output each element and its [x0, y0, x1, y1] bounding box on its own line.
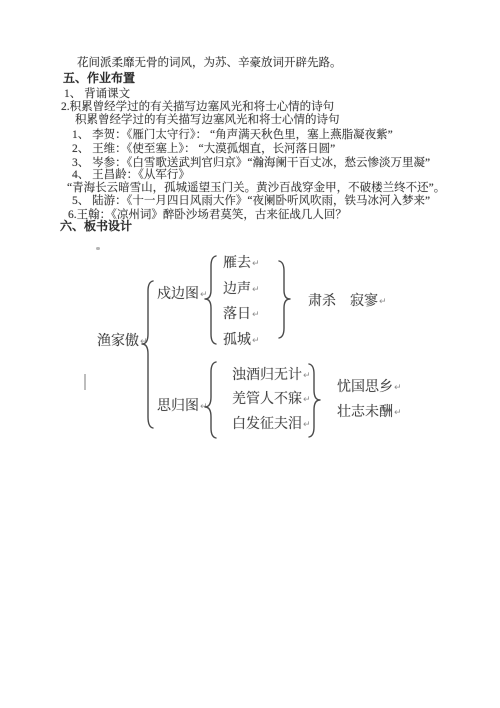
branch1-item-text: 边声 [223, 282, 251, 297]
poem-line: 2、 王维：《使至塞上》： “大漠孤烟直，长河落日圆” [72, 143, 335, 156]
section-heading-board-design: 六、板书设计 [60, 220, 132, 233]
branch1-item: 孤城↵ [223, 333, 260, 349]
intro-sentence: 花间派柔靡无骨的词风，为苏、辛豪放词开辟先路。 [77, 57, 342, 70]
section-heading-homework: 五、作业布置 [63, 72, 135, 85]
scan-artifact-mark [84, 374, 86, 390]
branch1-label-text: 戍边图 [157, 287, 199, 302]
return-mark-icon: ↵ [394, 408, 402, 418]
branch1-label: 戍边图↵ [157, 287, 208, 303]
return-mark-icon: ↵ [252, 336, 260, 346]
main-left-brace-icon [140, 280, 156, 430]
branch2-item-text: 浊酒归无计 [232, 368, 302, 383]
branch2-item: 羌管人不寐↵ [232, 392, 311, 408]
scan-artifact-dot [96, 247, 100, 250]
return-mark-icon: ↵ [252, 285, 260, 295]
diagram-title-text: 渔家傲 [97, 334, 139, 349]
branch1-item: 雁去↵ [223, 256, 260, 272]
poem-line: “青海长云暗雪山，孤城遥望玉门关。黄沙百战穿金甲，不破楼兰终不还”。 [67, 182, 445, 195]
return-mark-icon: ↵ [252, 310, 260, 320]
poem-line: 1、 李贺：《雁门太守行》： “角声满天秋色里，塞上燕脂凝夜紫” [72, 129, 393, 142]
branch1-close-brace-icon [276, 260, 292, 339]
homework-item-recite: 1、 背诵课文 [64, 88, 130, 101]
branch2-summary-line: 壮志未酬↵ [337, 405, 402, 421]
branch2-summary-text: 壮志未酬 [337, 405, 393, 420]
branch2-label-text: 思归图 [157, 399, 199, 414]
scanned-document-page: 花间派柔靡无骨的词风，为苏、辛豪放词开辟先路。 五、作业布置 1、 背诵课文 2… [0, 0, 500, 708]
branch1-summary-text: 肃杀 寂寥 [308, 294, 378, 309]
poem-line: 5、 陆游：《十一月四日风雨大作》“夜阑卧听风吹雨，铁马冰河入梦来” [72, 195, 430, 208]
branch1-item: 落日↵ [223, 307, 260, 323]
branch2-item: 白发征夫泪↵ [232, 417, 311, 433]
homework-item-accumulate: 2.积累曾经学过的有关描写边塞风光和将士心情的诗句 [61, 101, 334, 114]
branch2-label: 思归图↵ [157, 399, 208, 415]
branch2-item-text: 羌管人不寐 [232, 392, 302, 407]
branch2-item-text: 白发征夫泪 [232, 417, 302, 432]
poem-line: 4、 王昌龄：《从军行》 [72, 169, 190, 182]
branch2-item: 浊酒归无计↵ [232, 368, 311, 384]
branch1-item: 边声↵ [223, 282, 260, 298]
return-mark-icon: ↵ [394, 383, 402, 393]
return-mark-icon: ↵ [379, 297, 387, 307]
homework-item-accumulate-repeat: 积累曾经学过的有关描写边塞风光和将士心情的诗句 [75, 114, 340, 127]
branch1-item-text: 雁去 [223, 256, 251, 271]
branch2-open-brace-icon [203, 361, 219, 439]
branch1-open-brace-icon [203, 255, 219, 345]
branch1-item-text: 孤城 [223, 333, 251, 348]
branch2-summary-line: 忧国思乡↵ [337, 380, 402, 396]
branch1-item-text: 落日 [223, 307, 251, 322]
return-mark-icon: ↵ [252, 259, 260, 269]
branch2-summary-text: 忧国思乡 [337, 380, 393, 395]
branch1-summary: 肃杀 寂寥↵ [308, 294, 387, 310]
branch2-close-brace-icon [306, 363, 322, 438]
